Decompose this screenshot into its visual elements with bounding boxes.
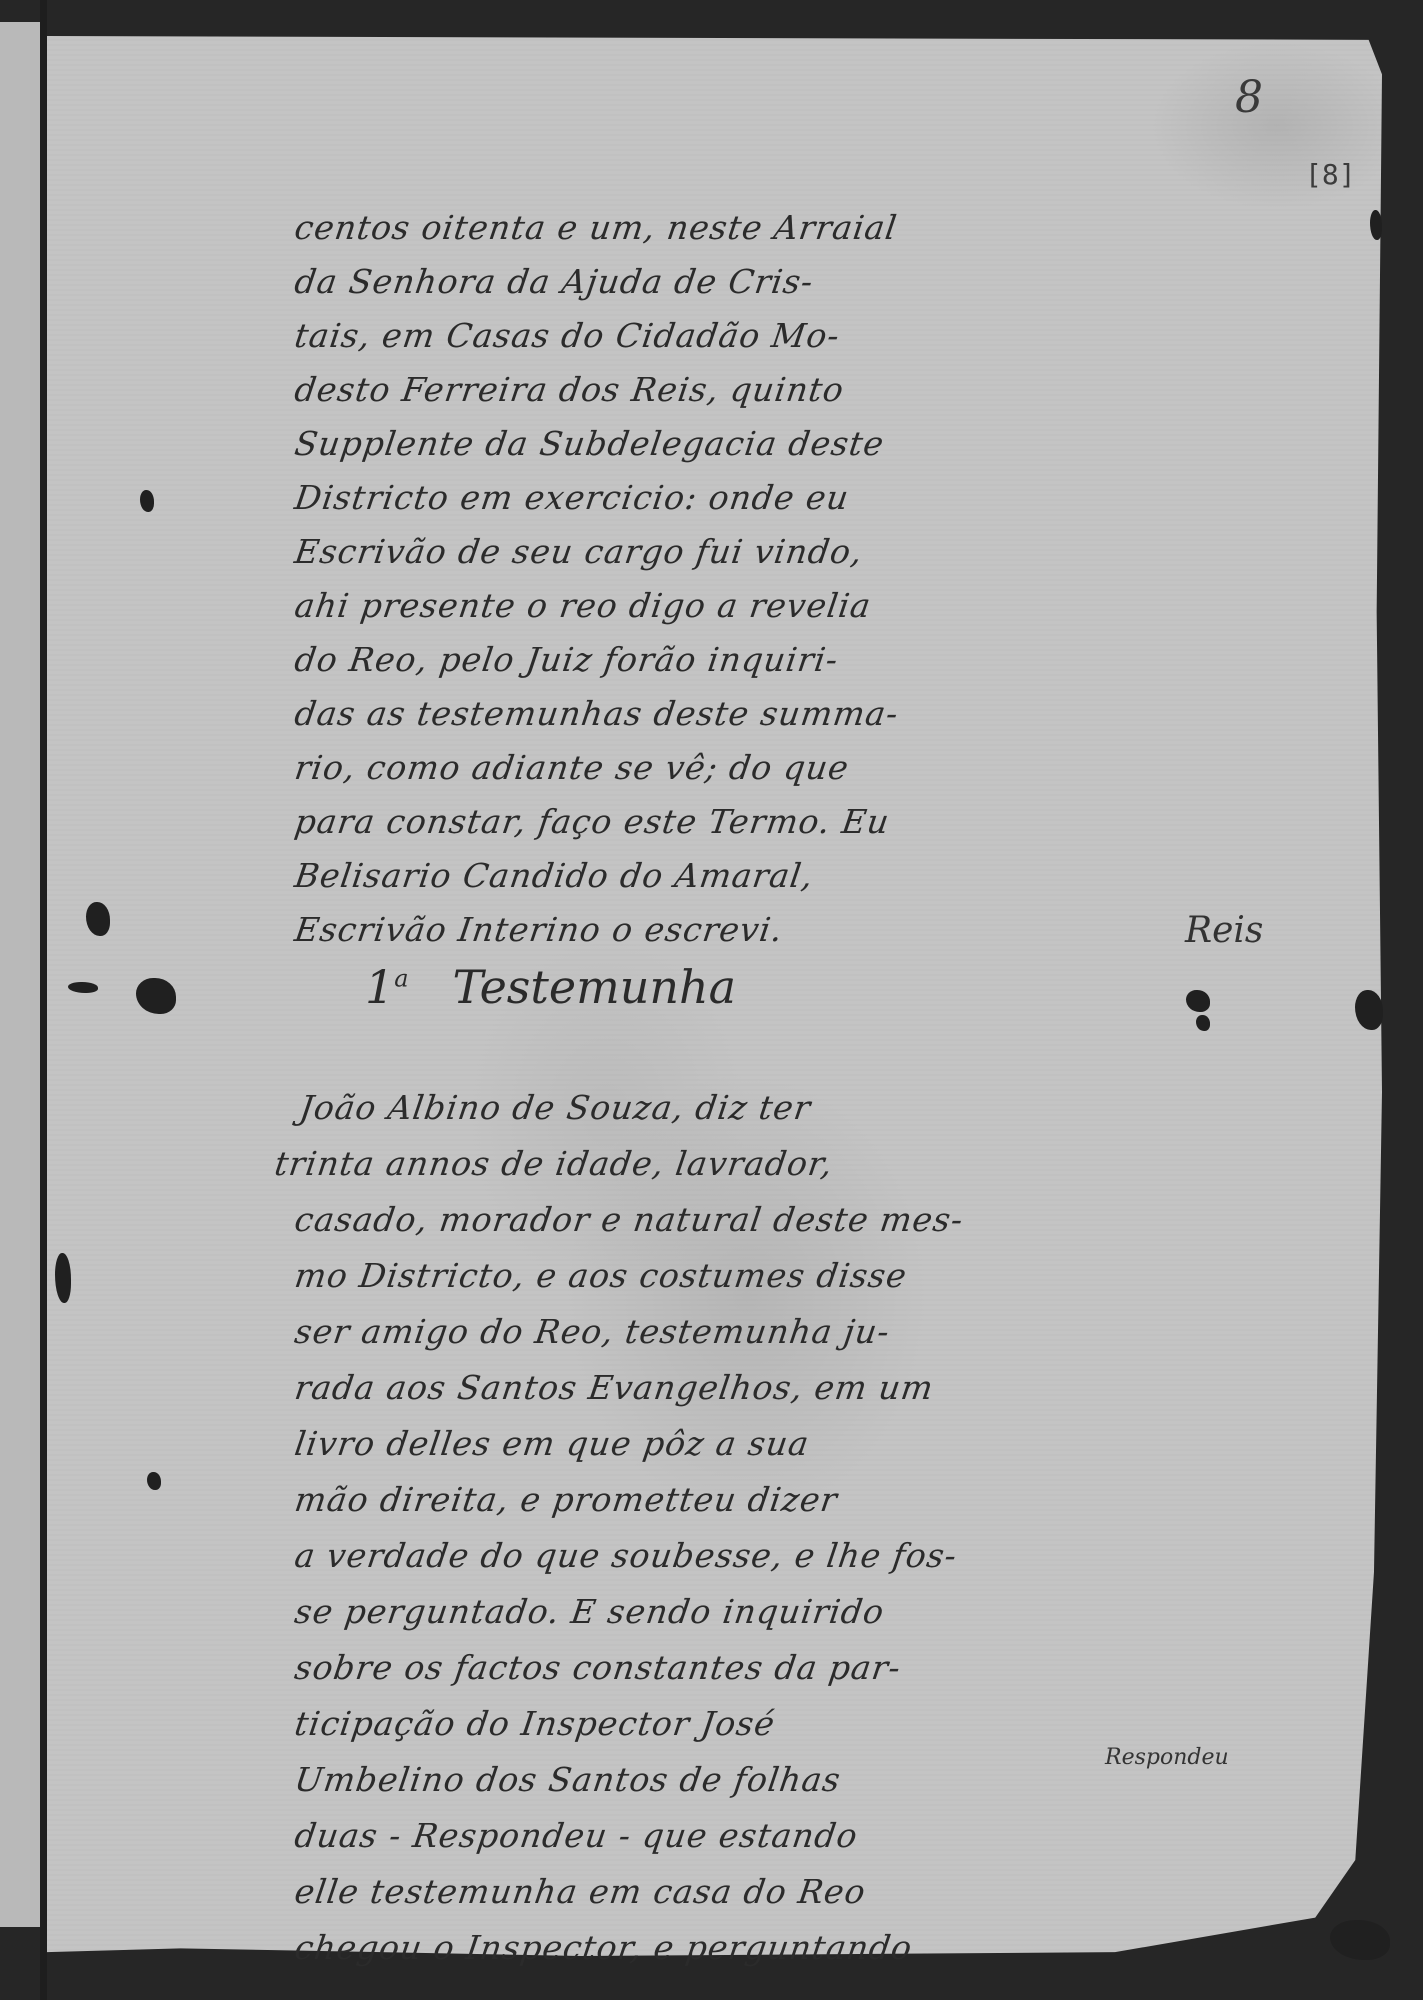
text-line: elle testemunha em casa do Reo — [292, 1872, 868, 1911]
heading-ordinal: a — [394, 965, 408, 993]
text-line: tais, em Casas do Cidadão Mo- — [292, 316, 842, 355]
text-line: ser amigo do Reo, testemunha ju- — [292, 1312, 892, 1351]
text-line: se perguntado. E sendo inquirido — [292, 1592, 887, 1631]
binding-gutter — [40, 0, 47, 2000]
text-line: desto Ferreira dos Reis, quinto — [292, 370, 846, 409]
text-line: da Senhora da Ajuda de Cris- — [292, 262, 816, 301]
ink-blot — [86, 902, 110, 936]
text-line: centos oitenta e um, neste Arraial — [292, 208, 900, 247]
ink-blot — [1186, 990, 1210, 1012]
text-line: a verdade do que soubesse, e lhe fos- — [292, 1536, 960, 1575]
ink-blot — [1370, 210, 1382, 240]
ink-blot — [1196, 1015, 1210, 1031]
folio-mark: 8 — [1235, 72, 1263, 123]
ink-blot — [55, 1253, 71, 1303]
previous-page-strip — [0, 22, 40, 1927]
text-line: ahi presente o reo digo a revelia — [292, 586, 873, 625]
text-line: Belisario Candido do Amaral, — [292, 856, 816, 895]
text-line: ticipação do Inspector José — [292, 1704, 777, 1743]
text-line: rada aos Santos Evangelhos, em um — [292, 1368, 936, 1407]
ink-blot — [147, 1472, 161, 1490]
text-line: Supplente da Subdelegacia deste — [292, 424, 887, 463]
ink-blot — [140, 490, 154, 512]
text-line: mo Districto, e aos costumes disse — [292, 1256, 909, 1295]
margin-note-respondeu: Respondeu — [1105, 1745, 1229, 1770]
text-line: do Reo, pelo Juiz forão inquiri- — [292, 640, 841, 679]
text-line: sobre os factos constantes da par- — [292, 1648, 903, 1687]
page-number: [8] — [1305, 158, 1356, 191]
text-line: Escrivão de seu cargo fui vindo, — [292, 532, 865, 571]
text-line: Districto em exercicio: onde eu — [292, 478, 851, 517]
heading-title: Testemunha — [452, 960, 736, 1014]
text-line: Umbelino dos Santos de folhas — [292, 1760, 843, 1799]
text-line: trinta annos de idade, lavrador, — [272, 1144, 835, 1183]
text-line: João Albino de Souza, diz ter — [297, 1088, 813, 1127]
text-line: rio, como adiante se vê; do que — [292, 748, 851, 787]
margin-note-reis: Reis — [1185, 910, 1263, 951]
text-line: chegou o Inspector, e perguntando — [292, 1928, 915, 1967]
section-heading: 1a Testemunha — [365, 960, 736, 1014]
text-line: livro delles em que pôz a sua — [292, 1424, 812, 1463]
text-line: duas - Respondeu - que estando — [292, 1816, 860, 1855]
text-line: casado, morador e natural deste mes- — [292, 1200, 966, 1239]
text-line: mão direita, e prometteu dizer — [292, 1480, 840, 1519]
text-line: Escrivão Interino o escrevi. — [292, 910, 785, 949]
heading-number: 1 — [365, 960, 394, 1014]
text-line: das as testemunhas deste summa- — [292, 694, 901, 733]
torn-edge — [1330, 1920, 1390, 1960]
text-line: para constar, faço este Termo. Eu — [292, 802, 892, 841]
